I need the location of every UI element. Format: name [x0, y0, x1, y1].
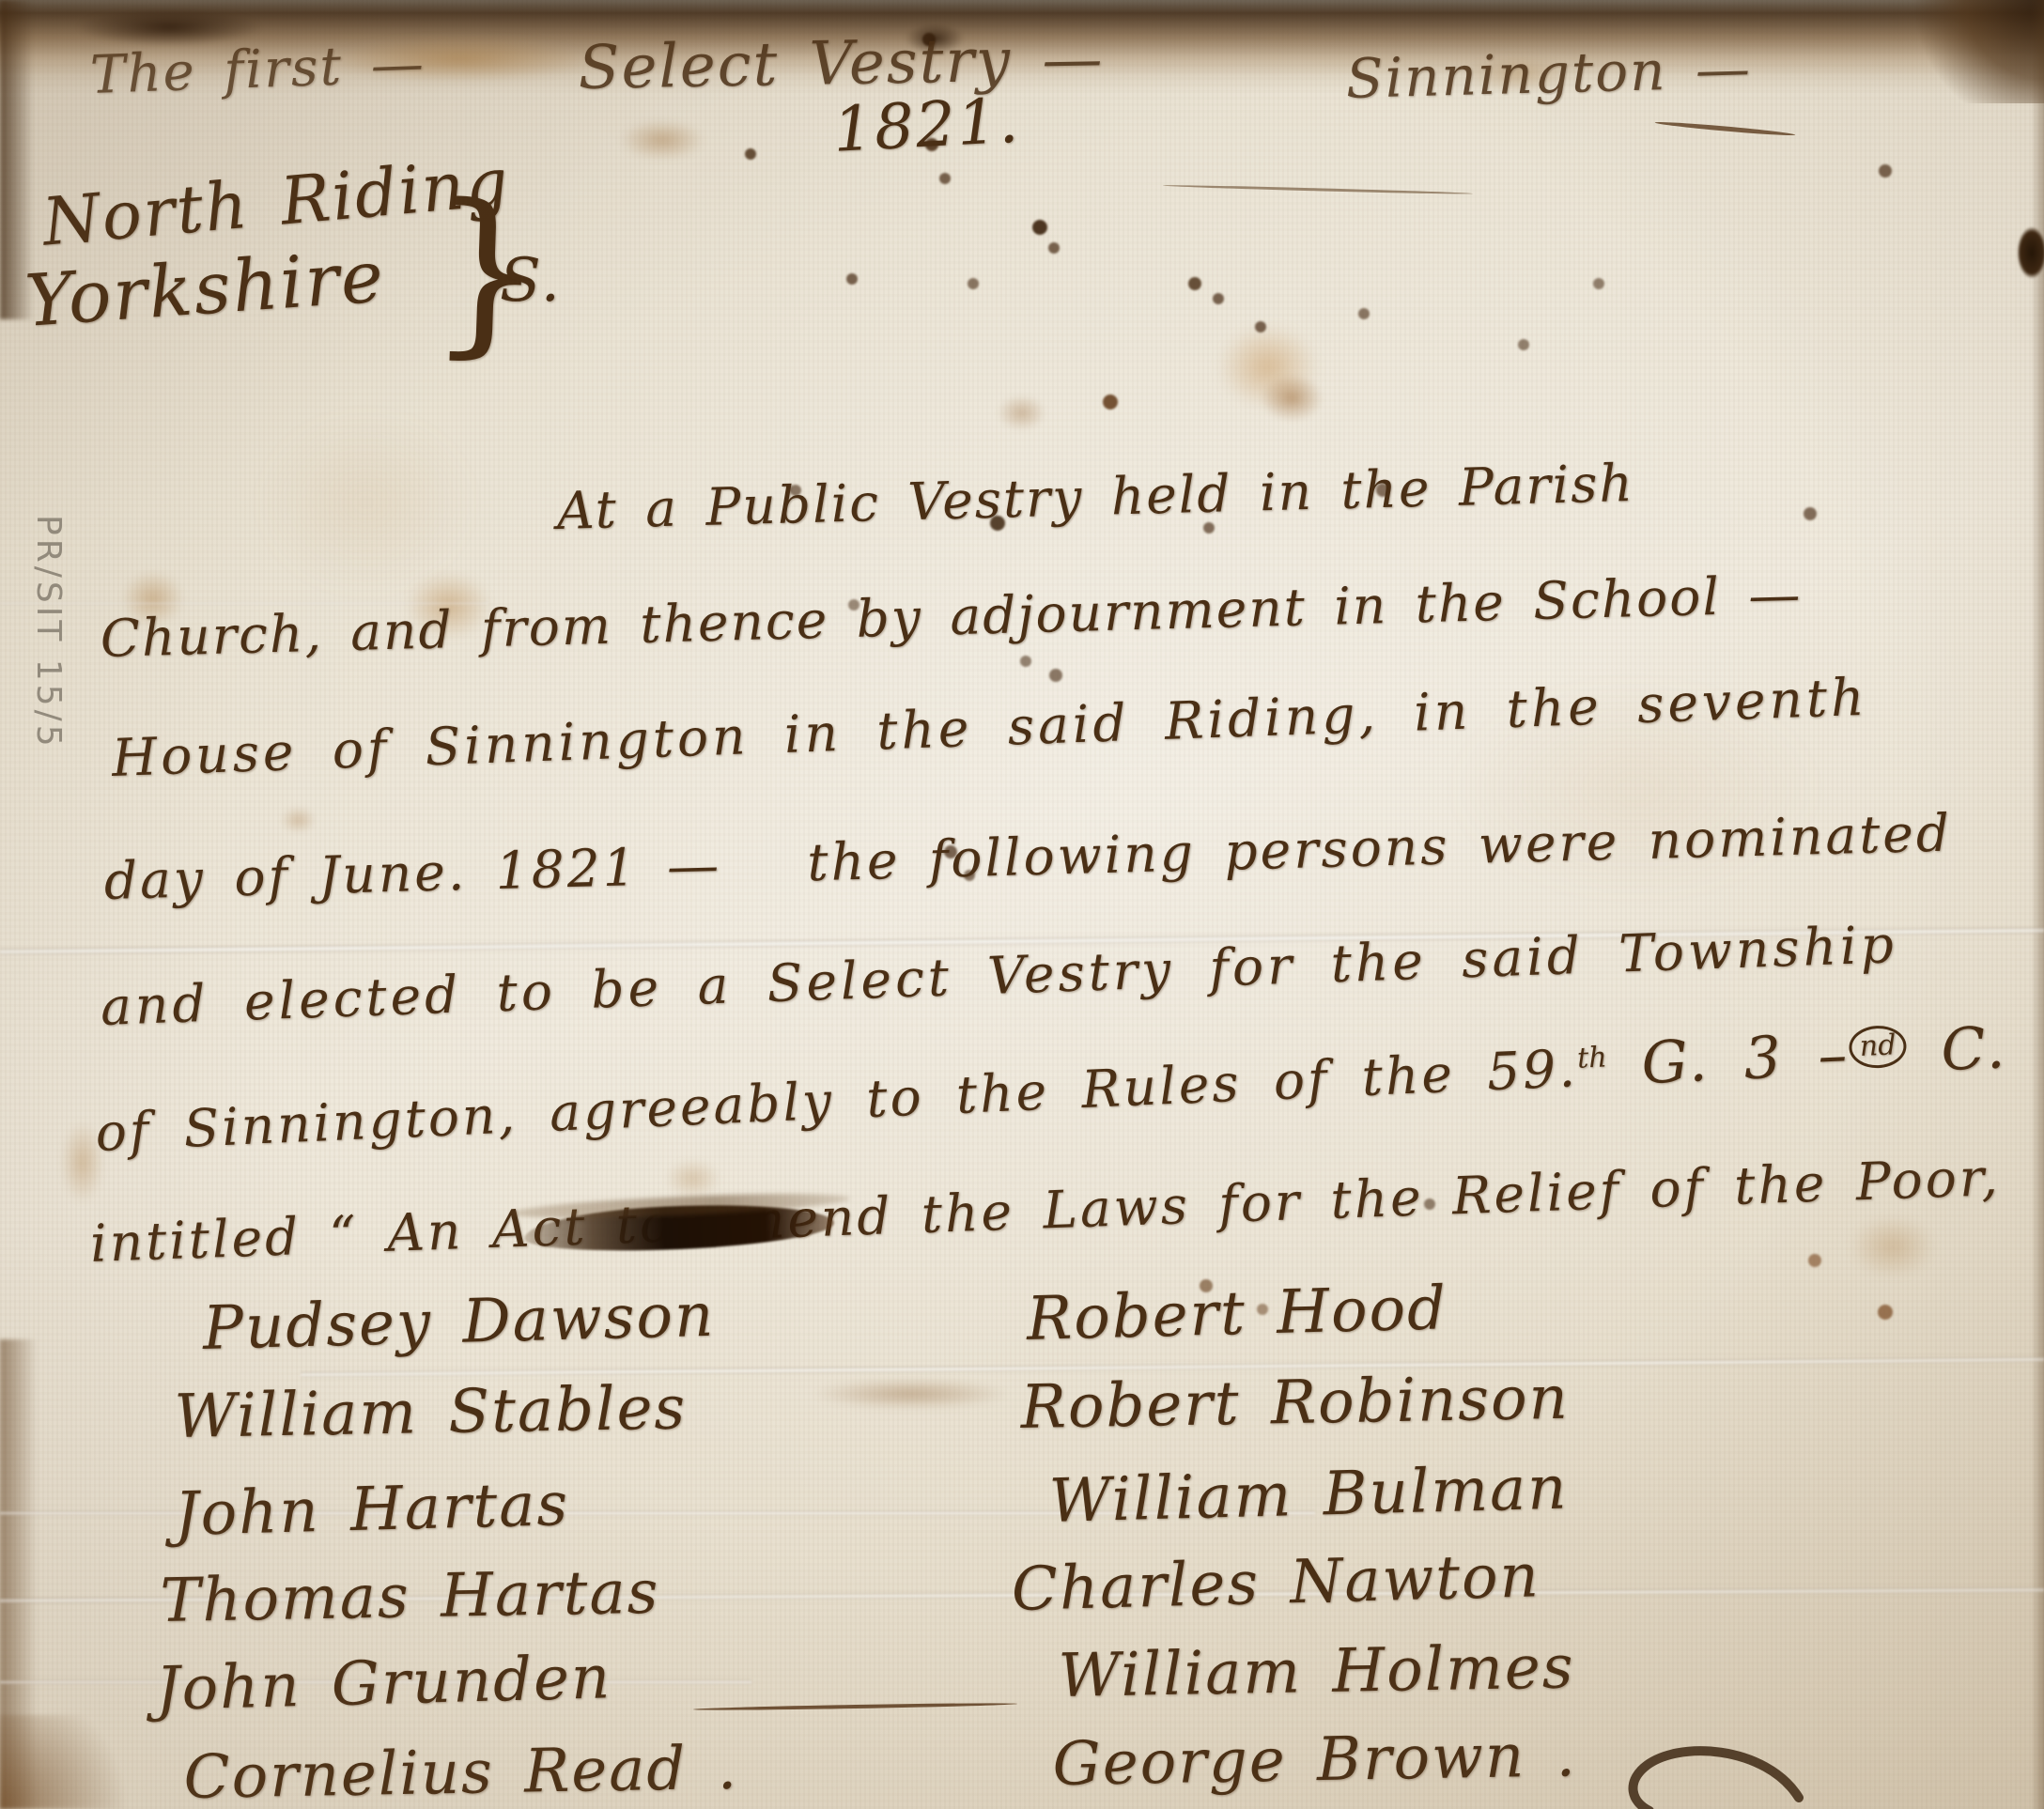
paper-stain	[1198, 308, 1339, 425]
statute-sup-th: th	[1576, 1041, 1607, 1075]
body-line-3: House of Sinnington in the said Riding, …	[111, 667, 1868, 788]
paper-stain	[272, 800, 324, 840]
body-line-7: intitled “ An Act to amend the Laws for …	[89, 1147, 2002, 1274]
archive-reference: PR/SIT 15/5	[29, 515, 68, 750]
name-left-3: John Hartas	[174, 1470, 570, 1550]
paper-stain	[1832, 1202, 1954, 1291]
name-right-5: William Holmes	[1058, 1632, 1575, 1711]
year-underline-flourish	[1163, 184, 1473, 195]
name-left-2: William Stables	[174, 1373, 688, 1452]
body-line-1: At a Public Vestry held in the Parish	[556, 453, 1635, 541]
body-line-6-statute: of Sinnington, agreeably to the Rules of…	[94, 1008, 2044, 1165]
statute-text-mid: G. 3 –	[1605, 1020, 1850, 1098]
body-line-5: and elected to be a Select Vestry for th…	[100, 914, 1898, 1037]
paper-stain	[601, 111, 723, 169]
body-line-4: day of June. 1821 — the following person…	[103, 802, 1953, 910]
page-corner-bottom-left	[0, 1715, 141, 1809]
paper-stain	[1247, 364, 1337, 432]
name-right-2: Robert Robinson	[1020, 1364, 1570, 1443]
paper-stain	[780, 1373, 1043, 1415]
name-right-1: Robert Hood	[1026, 1274, 1448, 1354]
place-swash-flourish	[1655, 120, 1796, 137]
partial-letter-flourish	[1616, 1739, 1804, 1809]
name-left-6: Cornelius Read .	[183, 1734, 739, 1809]
name-right-4: Charles Nawton	[1011, 1541, 1541, 1625]
statute-sup-circled: nd	[1849, 1024, 1908, 1069]
name-flourish-line	[693, 1702, 1017, 1711]
statute-text-post: C. 12,	[1905, 1008, 2044, 1086]
page-corner-top-right	[1903, 0, 2044, 103]
paper-stain	[225, 385, 507, 620]
header-place: Sinnington —	[1345, 37, 1753, 111]
name-left-4: Thomas Hartas	[160, 1558, 660, 1636]
name-right-3: William Bulman	[1048, 1454, 1569, 1537]
county-suffix: S.	[500, 246, 562, 316]
header-year: 1821.	[831, 85, 1022, 166]
name-right-6: George Brown .	[1052, 1721, 1577, 1800]
header-first-label: The first —	[89, 34, 426, 106]
paper-stain	[986, 387, 1057, 439]
header-title: Select Vestry —	[578, 24, 1105, 103]
name-left-1: Pudsey Dawson	[202, 1281, 716, 1364]
statute-text-pre: of Sinnington, agreeably to the Rules of…	[94, 1038, 1579, 1163]
name-left-5: John Grunden	[155, 1643, 612, 1724]
manuscript-page: The first — Select Vestry — Sinnington —…	[0, 0, 2044, 1809]
ink-spot-right-edge	[2012, 218, 2044, 287]
body-line-2: Church, and from thence by adjournment i…	[100, 564, 1803, 669]
